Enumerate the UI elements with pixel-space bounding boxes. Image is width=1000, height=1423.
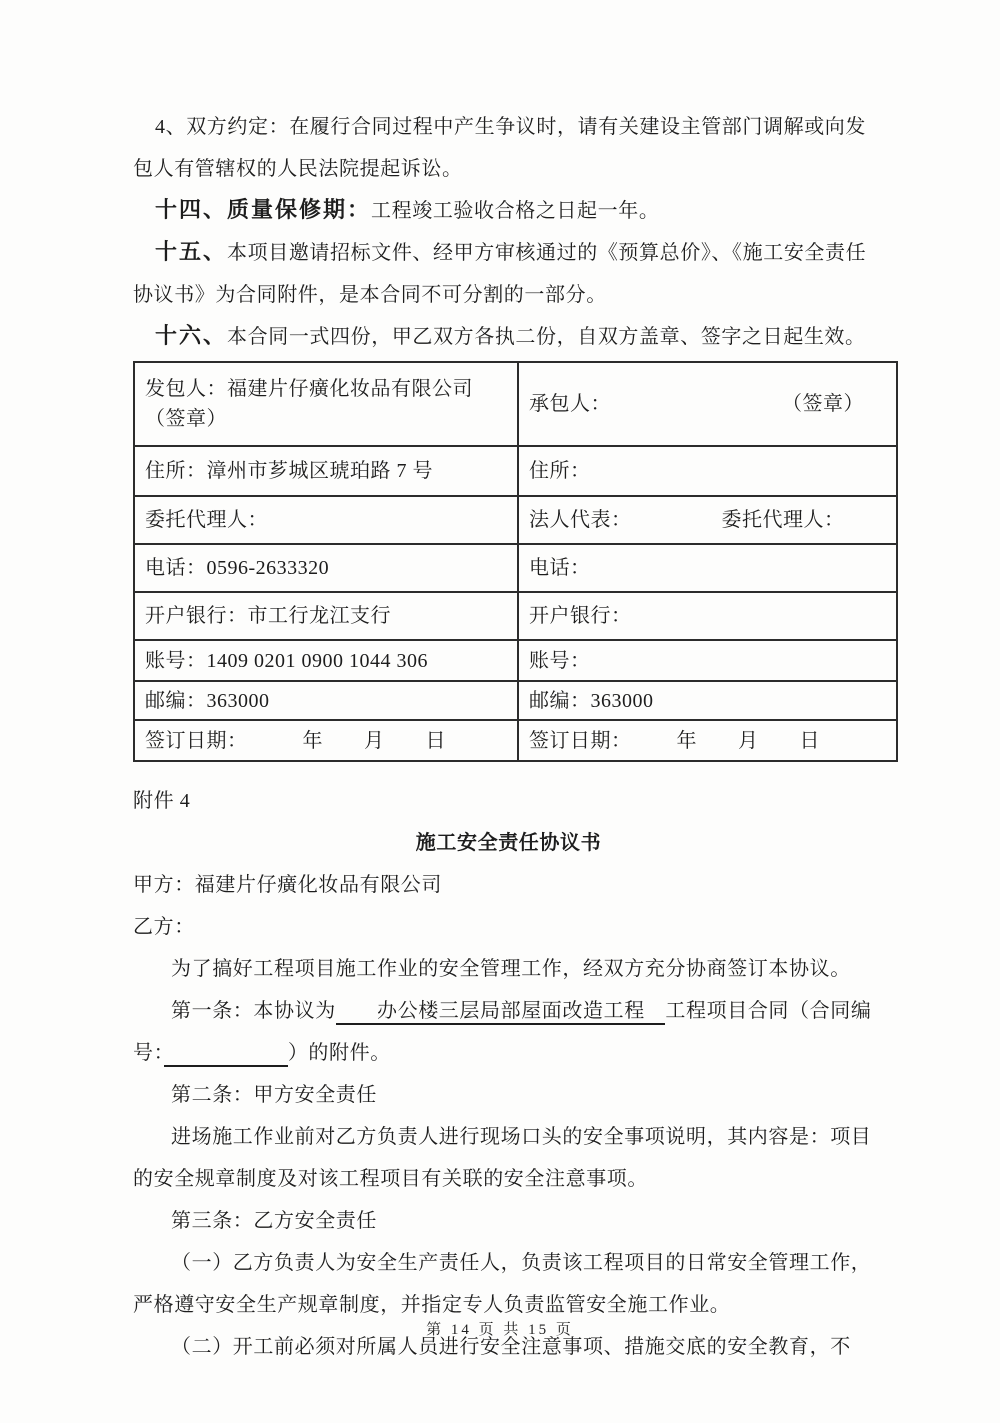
employer-agent: 委托代理人： <box>145 509 268 531</box>
attachment-title: 施工安全责任协议书 <box>133 822 884 864</box>
table-row: 签订日期：年 月 日 签订日期：年 月 日 <box>134 720 897 761</box>
employer-agent-cell: 委托代理人： <box>134 496 518 544</box>
contractor-zip-cell: 邮编：363000 <box>518 681 897 720</box>
contractor-account: 账号： <box>529 650 591 672</box>
document-body: 4、双方约定：在履行合同过程中产生争议时，请有关建设主管部门调解或向发包人有管辖… <box>133 106 884 1368</box>
contractor-bank-cell: 开户银行： <box>518 592 897 640</box>
article-3-heading: 第三条：乙方安全责任 <box>133 1200 884 1242</box>
employer-zip: 邮编：363000 <box>145 690 270 712</box>
contractor-sign-date-label: 签订日期： <box>529 730 632 752</box>
table-row: 电话：0596-2633320 电话： <box>134 544 897 592</box>
contractor-name-line: 承包人：（签章） <box>529 389 890 419</box>
employer-bank: 开户银行：市工行龙江支行 <box>145 605 391 627</box>
table-row: 账号：1409 0201 0900 1044 306 账号： <box>134 640 897 681</box>
clause-16-label: 十六、 <box>155 323 227 348</box>
clause-14-label: 十四、质量保修期： <box>155 197 371 222</box>
employer-name: 发包人：福建片仔癀化妆品有限公司（签章） <box>145 378 473 430</box>
article-1-post: ）的附件。 <box>288 1042 391 1064</box>
employer-sign-date-cell: 签订日期：年 月 日 <box>134 720 518 761</box>
party-a-line: 甲方：福建片仔癀化妆品有限公司 <box>133 864 884 906</box>
article-1-pre: 第一条：本协议为 <box>171 1000 336 1022</box>
clause-16-text: 本合同一式四份，甲乙双方各执二份，自双方盖章、签字之日起生效。 <box>227 326 866 348</box>
contractor-account-cell: 账号： <box>518 640 897 681</box>
employer-bank-cell: 开户银行：市工行龙江支行 <box>134 592 518 640</box>
scanned-contract-page: 4、双方约定：在履行合同过程中产生争议时，请有关建设主管部门调解或向发包人有管辖… <box>0 0 1000 1423</box>
article-1-contract-no-blank <box>164 1042 288 1067</box>
clause-14-text: 工程竣工验收合格之日起一年。 <box>371 200 659 222</box>
article-2-body: 进场施工作业前对乙方负责人进行现场口头的安全事项说明，其内容是：项目的安全规章制… <box>133 1116 884 1200</box>
contractor-address-cell: 住所： <box>518 446 897 496</box>
article-3-item-1: （一）乙方负责人为安全生产责任人，负责该工程项目的日常安全管理工作，严格遵守安全… <box>133 1242 884 1326</box>
clause-4: 4、双方约定：在履行合同过程中产生争议时，请有关建设主管部门调解或向发包人有管辖… <box>133 106 884 190</box>
clause-15-label: 十五、 <box>155 239 227 264</box>
attachment-label: 附件 4 <box>133 780 884 822</box>
contractor-rep-cell: 法人代表：委托代理人： <box>518 496 897 544</box>
employer-sign-date-blanks: 年 月 日 <box>303 730 447 752</box>
table-row: 委托代理人： 法人代表：委托代理人： <box>134 496 897 544</box>
employer-zip-cell: 邮编：363000 <box>134 681 518 720</box>
contractor-sign-date-cell: 签订日期：年 月 日 <box>518 720 897 761</box>
employer-account: 账号：1409 0201 0900 1044 306 <box>145 650 428 672</box>
employer-sign-date-label: 签订日期： <box>145 730 248 752</box>
employer-phone: 电话：0596-2633320 <box>145 557 329 579</box>
clause-15: 十五、本项目邀请招标文件、经甲方审核通过的《预算总价》、《施工安全责任协议书》为… <box>133 232 884 316</box>
intro-paragraph: 为了搞好工程项目施工作业的安全管理工作，经双方充分协商签订本协议。 <box>133 948 884 990</box>
article-1: 第一条：本协议为 办公楼三层局部屋面改造工程 工程项目合同（合同编号： ）的附件… <box>133 990 884 1074</box>
employer-name-cell: 发包人：福建片仔癀化妆品有限公司（签章） <box>134 362 518 446</box>
attachment-section: 附件 4 施工安全责任协议书 甲方：福建片仔癀化妆品有限公司 乙方： 为了搞好工… <box>133 780 884 1368</box>
contractor-phone: 电话： <box>529 557 591 579</box>
table-row: 住所：漳州市芗城区琥珀路 7 号 住所： <box>134 446 897 496</box>
employer-phone-cell: 电话：0596-2633320 <box>134 544 518 592</box>
clause-14: 十四、质量保修期：工程竣工验收合格之日起一年。 <box>133 190 884 232</box>
contractor-seal-hint: （签章） <box>782 389 864 419</box>
contract-clauses: 4、双方约定：在履行合同过程中产生争议时，请有关建设主管部门调解或向发包人有管辖… <box>133 106 884 358</box>
contractor-name-cell: 承包人：（签章） <box>518 362 897 446</box>
table-row: 发包人：福建片仔癀化妆品有限公司（签章） 承包人：（签章） <box>134 362 897 446</box>
table-row: 开户银行：市工行龙江支行 开户银行： <box>134 592 897 640</box>
contractor-address: 住所： <box>529 460 591 482</box>
contractor-phone-cell: 电话： <box>518 544 897 592</box>
contractor-sign-date-blanks: 年 月 日 <box>677 730 821 752</box>
page-number-footer: 第 14 页 共 15 页 <box>0 1318 1000 1339</box>
clause-16: 十六、本合同一式四份，甲乙双方各执二份，自双方盖章、签字之日起生效。 <box>133 316 884 358</box>
employer-address-cell: 住所：漳州市芗城区琥珀路 7 号 <box>134 446 518 496</box>
contractor-legal-rep: 法人代表： <box>529 509 632 531</box>
contractor-label: 承包人： <box>529 389 611 419</box>
contractor-bank: 开户银行： <box>529 605 632 627</box>
table-row: 邮编：363000 邮编：363000 <box>134 681 897 720</box>
party-b-line: 乙方： <box>133 906 884 948</box>
article-2-heading: 第二条：甲方安全责任 <box>133 1074 884 1116</box>
employer-account-cell: 账号：1409 0201 0900 1044 306 <box>134 640 518 681</box>
contractor-agent: 委托代理人： <box>722 509 845 531</box>
article-1-project-name-blank: 办公楼三层局部屋面改造工程 <box>336 1000 666 1025</box>
contractor-zip: 邮编：363000 <box>529 690 654 712</box>
clause-15-text: 本项目邀请招标文件、经甲方审核通过的《预算总价》、《施工安全责任协议书》为合同附… <box>133 242 866 306</box>
employer-address: 住所：漳州市芗城区琥珀路 7 号 <box>145 460 433 482</box>
parties-signature-table: 发包人：福建片仔癀化妆品有限公司（签章） 承包人：（签章） 住所：漳州市芗城区琥… <box>133 361 898 762</box>
